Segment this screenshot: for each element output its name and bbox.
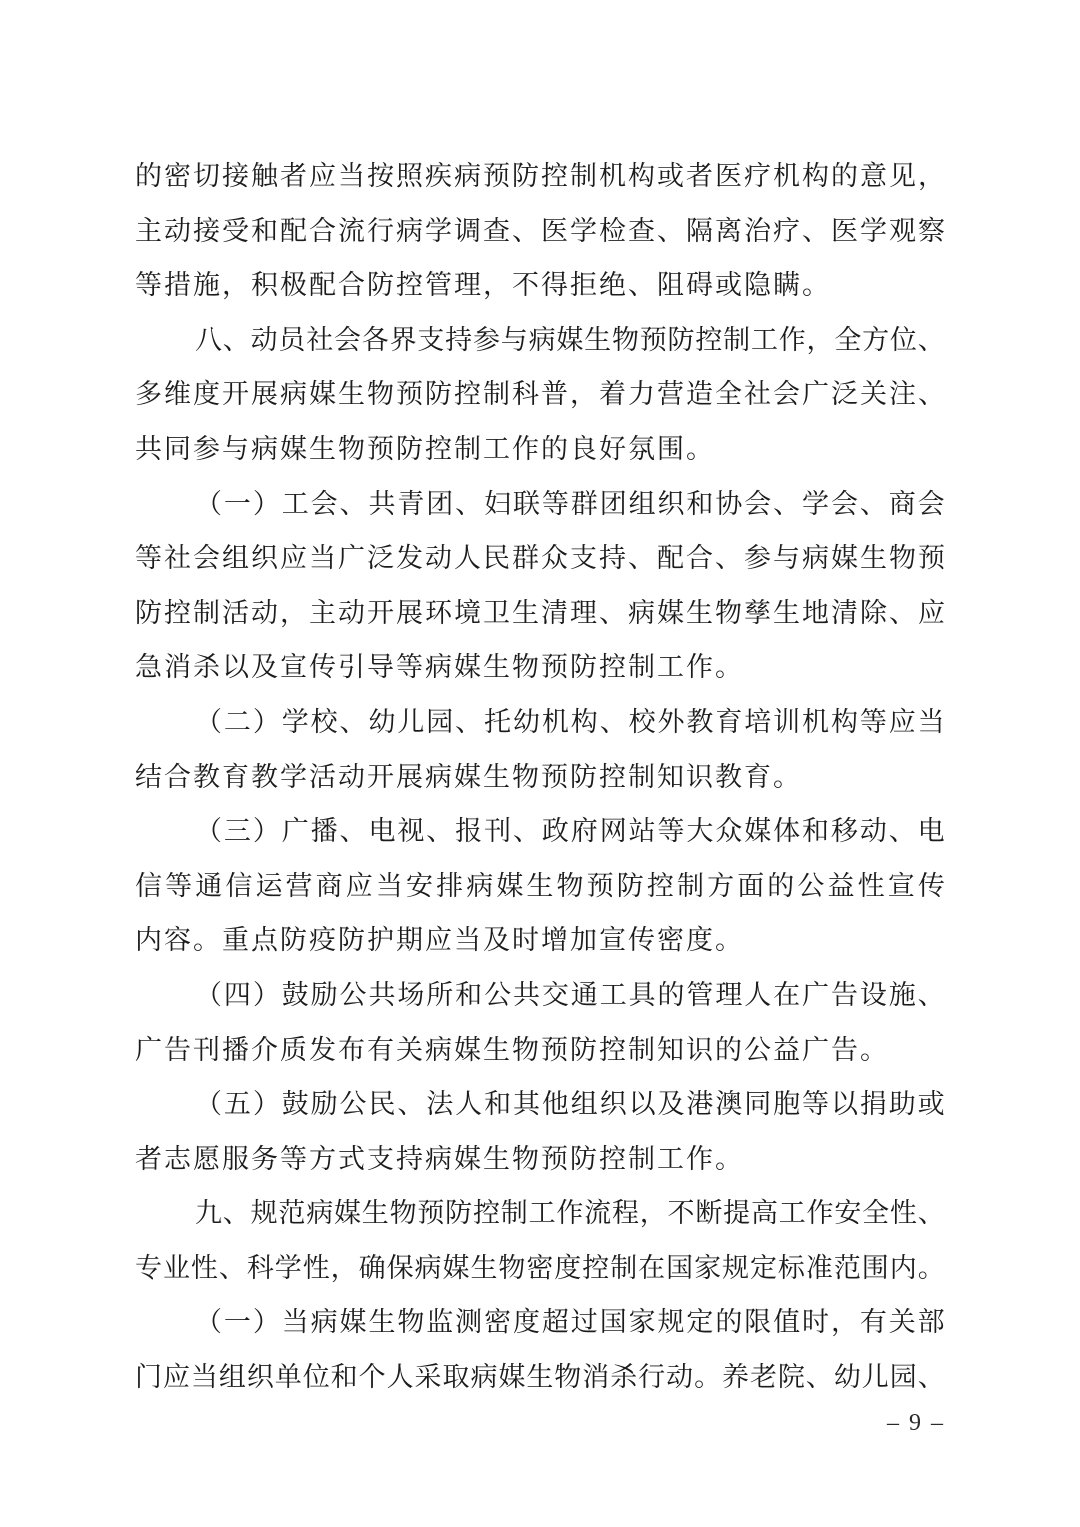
text-line: 主动接受和配合流行病学调查、医学检查、隔离治疗、医学观察 <box>135 204 945 259</box>
paragraph: （三）广播、电视、报刊、政府网站等大众媒体和移动、电 信等通信运营商应当安排病媒… <box>135 804 945 968</box>
text-line: 广告刊播介质发布有关病媒生物预防控制知识的公益广告。 <box>135 1023 945 1078</box>
document-body: 的密切接触者应当按照疾病预防控制机构或者医疗机构的意见， 主动接受和配合流行病学… <box>135 149 945 1405</box>
text-line: 共同参与病媒生物预防控制工作的良好氛围。 <box>135 422 945 477</box>
paragraph: 的密切接触者应当按照疾病预防控制机构或者医疗机构的意见， 主动接受和配合流行病学… <box>135 149 945 313</box>
text-line: 八、动员社会各界支持参与病媒生物预防控制工作，全方位、 <box>135 313 945 368</box>
page-number: – 9 – <box>887 1410 945 1437</box>
text-line: （二）学校、幼儿园、托幼机构、校外教育培训机构等应当 <box>135 695 945 750</box>
text-line: 专业性、科学性，确保病媒生物密度控制在国家规定标准范围内。 <box>135 1241 945 1296</box>
text-line: 防控制活动，主动开展环境卫生清理、病媒生物孳生地清除、应 <box>135 586 945 641</box>
text-line: 内容。重点防疫防护期应当及时增加宣传密度。 <box>135 913 945 968</box>
text-line: （四）鼓励公共场所和公共交通工具的管理人在广告设施、 <box>135 968 945 1023</box>
paragraph: 九、规范病媒生物预防控制工作流程，不断提高工作安全性、 专业性、科学性，确保病媒… <box>135 1186 945 1295</box>
text-line: 门应当组织单位和个人采取病媒生物消杀行动。养老院、幼儿园、 <box>135 1350 945 1405</box>
text-line: 多维度开展病媒生物预防控制科普，着力营造全社会广泛关注、 <box>135 367 945 422</box>
paragraph: 八、动员社会各界支持参与病媒生物预防控制工作，全方位、 多维度开展病媒生物预防控… <box>135 313 945 477</box>
text-line: （五）鼓励公民、法人和其他组织以及港澳同胞等以捐助或 <box>135 1077 945 1132</box>
text-line: 结合教育教学活动开展病媒生物预防控制知识教育。 <box>135 750 945 805</box>
text-line: 信等通信运营商应当安排病媒生物预防控制方面的公益性宣传 <box>135 859 945 914</box>
text-line: （一）工会、共青团、妇联等群团组织和协会、学会、商会 <box>135 477 945 532</box>
text-line: 等措施，积极配合防控管理，不得拒绝、阻碍或隐瞒。 <box>135 258 945 313</box>
paragraph: （一）当病媒生物监测密度超过国家规定的限值时，有关部 门应当组织单位和个人采取病… <box>135 1295 945 1404</box>
text-line: 等社会组织应当广泛发动人民群众支持、配合、参与病媒生物预 <box>135 531 945 586</box>
paragraph: （四）鼓励公共场所和公共交通工具的管理人在广告设施、 广告刊播介质发布有关病媒生… <box>135 968 945 1077</box>
text-line: 的密切接触者应当按照疾病预防控制机构或者医疗机构的意见， <box>135 149 945 204</box>
text-line: （三）广播、电视、报刊、政府网站等大众媒体和移动、电 <box>135 804 945 859</box>
text-line: 九、规范病媒生物预防控制工作流程，不断提高工作安全性、 <box>135 1186 945 1241</box>
text-line: 急消杀以及宣传引导等病媒生物预防控制工作。 <box>135 640 945 695</box>
document-page: 的密切接触者应当按照疾病预防控制机构或者医疗机构的意见， 主动接受和配合流行病学… <box>0 0 1080 1527</box>
text-line: 者志愿服务等方式支持病媒生物预防控制工作。 <box>135 1132 945 1187</box>
paragraph: （五）鼓励公民、法人和其他组织以及港澳同胞等以捐助或 者志愿服务等方式支持病媒生… <box>135 1077 945 1186</box>
text-line: （一）当病媒生物监测密度超过国家规定的限值时，有关部 <box>135 1295 945 1350</box>
paragraph: （一）工会、共青团、妇联等群团组织和协会、学会、商会 等社会组织应当广泛发动人民… <box>135 477 945 695</box>
paragraph: （二）学校、幼儿园、托幼机构、校外教育培训机构等应当 结合教育教学活动开展病媒生… <box>135 695 945 804</box>
